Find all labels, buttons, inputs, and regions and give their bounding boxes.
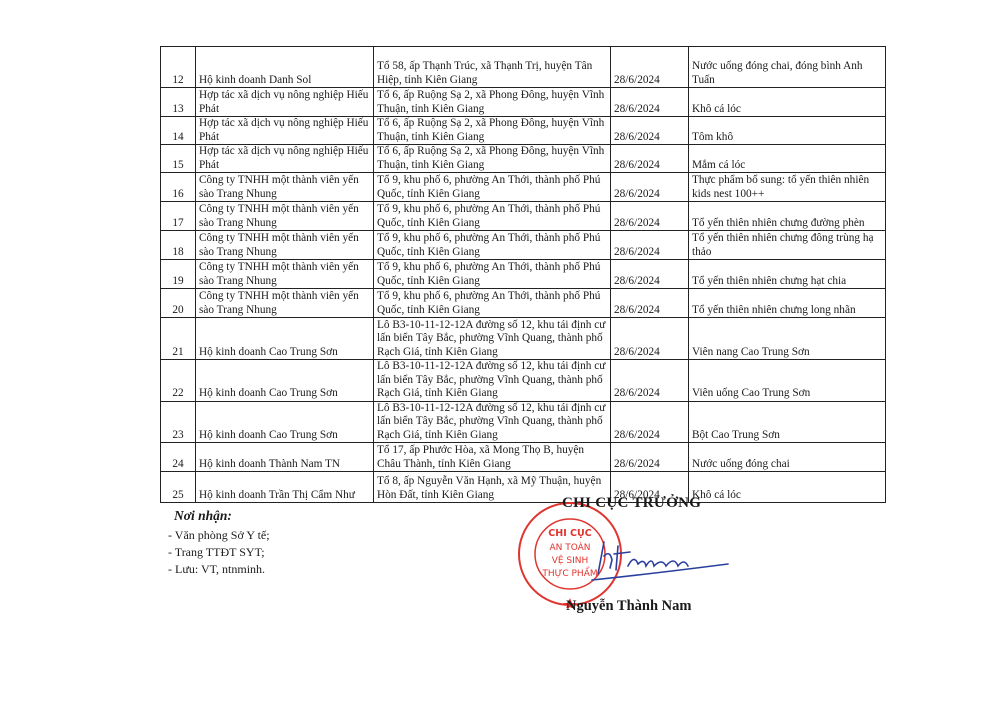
- product-name: Viên uống Cao Trung Sơn: [689, 360, 886, 402]
- establishment-address: Tổ 9, khu phố 6, phường An Thới, thành p…: [374, 231, 611, 260]
- establishment-name: Công ty TNHH một thành viên yến sào Tran…: [196, 202, 374, 231]
- table-row: 25Hộ kinh doanh Trần Thị Cẩm NhưTổ 8, ấp…: [161, 472, 886, 503]
- row-number: 20: [161, 289, 196, 318]
- row-number: 22: [161, 360, 196, 402]
- registration-date: 28/6/2024: [611, 289, 689, 318]
- product-name: Khô cá lóc: [689, 472, 886, 503]
- row-number: 16: [161, 173, 196, 202]
- row-number: 25: [161, 472, 196, 503]
- establishment-address: Tổ 6, ấp Ruộng Sạ 2, xã Phong Đông, huyệ…: [374, 145, 611, 173]
- product-name: Viên nang Cao Trung Sơn: [689, 318, 886, 360]
- signature-mark-icon: [590, 536, 730, 584]
- product-name: Mắm cá lóc: [689, 145, 886, 173]
- product-name: Tổ yến thiên nhiên chưng hạt chia: [689, 260, 886, 289]
- document-page: 12Hộ kinh doanh Danh SolTổ 58, ấp Thạnh …: [0, 0, 1000, 715]
- row-number: 21: [161, 318, 196, 360]
- establishment-address: Lô B3-10-11-12-12A đường số 12, khu tái …: [374, 318, 611, 360]
- establishment-table: 12Hộ kinh doanh Danh SolTổ 58, ấp Thạnh …: [160, 46, 886, 503]
- table-row: 21Hộ kinh doanh Cao Trung SơnLô B3-10-11…: [161, 318, 886, 360]
- product-name: Nước uống đóng chai, đóng bình Anh Tuấn: [689, 47, 886, 88]
- registration-date: 28/6/2024: [611, 202, 689, 231]
- establishment-name: Hợp tác xã dịch vụ nông nghiệp Hiếu Phát: [196, 145, 374, 173]
- table-row: 14Hợp tác xã dịch vụ nông nghiệp Hiếu Ph…: [161, 117, 886, 145]
- establishment-address: Lô B3-10-11-12-12A đường số 12, khu tái …: [374, 401, 611, 443]
- establishment-name: Hộ kinh doanh Danh Sol: [196, 47, 374, 88]
- table-row: 15Hợp tác xã dịch vụ nông nghiệp Hiếu Ph…: [161, 145, 886, 173]
- svg-text:VỆ SINH: VỆ SINH: [552, 554, 589, 566]
- recipients-block: Nơi nhận: - Văn phòng Sở Y tế; - Trang T…: [168, 507, 270, 578]
- establishment-address: Tổ 58, ấp Thạnh Trúc, xã Thạnh Trị, huyệ…: [374, 47, 611, 88]
- table-row: 20Công ty TNHH một thành viên yến sào Tr…: [161, 289, 886, 318]
- establishment-address: Tổ 9, khu phố 6, phường An Thới, thành p…: [374, 289, 611, 318]
- registration-date: 28/6/2024: [611, 145, 689, 173]
- table-row: 22Hộ kinh doanh Cao Trung SơnLô B3-10-11…: [161, 360, 886, 402]
- establishment-address: Tổ 6, ấp Ruộng Sạ 2, xã Phong Đông, huyệ…: [374, 88, 611, 117]
- table-row: 18Công ty TNHH một thành viên yến sào Tr…: [161, 231, 886, 260]
- table-row: 16Công ty TNHH một thành viên yến sào Tr…: [161, 173, 886, 202]
- table-row: 17Công ty TNHH một thành viên yến sào Tr…: [161, 202, 886, 231]
- establishment-name: Hợp tác xã dịch vụ nông nghiệp Hiếu Phát: [196, 117, 374, 145]
- row-number: 23: [161, 401, 196, 443]
- svg-text:AN TOÀN: AN TOÀN: [549, 541, 590, 553]
- establishment-name: Hộ kinh doanh Cao Trung Sơn: [196, 318, 374, 360]
- product-name: Bột Cao Trung Sơn: [689, 401, 886, 443]
- product-name: Tổ yến thiên nhiên chưng long nhãn: [689, 289, 886, 318]
- signer-name: Nguyễn Thành Nam: [566, 598, 691, 615]
- establishment-name: Công ty TNHH một thành viên yến sào Tran…: [196, 289, 374, 318]
- product-name: Tổ yến thiên nhiên chưng đường phèn: [689, 202, 886, 231]
- row-number: 24: [161, 443, 196, 472]
- signer-title: CHI CỤC TRƯỞNG: [562, 495, 701, 512]
- establishment-name: Công ty TNHH một thành viên yến sào Tran…: [196, 173, 374, 202]
- establishment-address: Lô B3-10-11-12-12A đường số 12, khu tái …: [374, 360, 611, 402]
- registration-date: 28/6/2024: [611, 401, 689, 443]
- svg-text:CHI CỤC: CHI CỤC: [548, 528, 591, 539]
- row-number: 15: [161, 145, 196, 173]
- establishment-name: Hộ kinh doanh Cao Trung Sơn: [196, 360, 374, 402]
- recipients-title: Nơi nhận:: [174, 507, 270, 524]
- row-number: 12: [161, 47, 196, 88]
- establishment-name: Hộ kinh doanh Thành Nam TN: [196, 443, 374, 472]
- establishment-address: Tổ 6, ấp Ruộng Sạ 2, xã Phong Đông, huyệ…: [374, 117, 611, 145]
- establishment-name: Hộ kinh doanh Cao Trung Sơn: [196, 401, 374, 443]
- recipient-item: - Trang TTĐT SYT;: [168, 544, 270, 561]
- table-row: 19Công ty TNHH một thành viên yến sào Tr…: [161, 260, 886, 289]
- row-number: 13: [161, 88, 196, 117]
- recipient-item: - Lưu: VT, ntnminh.: [168, 561, 270, 578]
- row-number: 19: [161, 260, 196, 289]
- row-number: 14: [161, 117, 196, 145]
- registration-date: 28/6/2024: [611, 443, 689, 472]
- table-row: 23Hộ kinh doanh Cao Trung SơnLô B3-10-11…: [161, 401, 886, 443]
- table-row: 12Hộ kinh doanh Danh SolTổ 58, ấp Thạnh …: [161, 47, 886, 88]
- registration-date: 28/6/2024: [611, 173, 689, 202]
- registration-date: 28/6/2024: [611, 88, 689, 117]
- registration-date: 28/6/2024: [611, 231, 689, 260]
- registration-date: 28/6/2024: [611, 47, 689, 88]
- establishment-address: Tổ 9, khu phố 6, phường An Thới, thành p…: [374, 173, 611, 202]
- establishment-address: Tổ 17, ấp Phước Hòa, xã Mong Thọ B, huyệ…: [374, 443, 611, 472]
- establishment-address: Tổ 9, khu phố 6, phường An Thới, thành p…: [374, 260, 611, 289]
- establishment-name: Hợp tác xã dịch vụ nông nghiệp Hiếu Phát: [196, 88, 374, 117]
- product-name: Tổ yến thiên nhiên chưng đông trùng hạ t…: [689, 231, 886, 260]
- product-name: Khô cá lóc: [689, 88, 886, 117]
- product-name: Thực phẩm bổ sung: tổ yến thiên nhiên ki…: [689, 173, 886, 202]
- row-number: 18: [161, 231, 196, 260]
- table-row: 24Hộ kinh doanh Thành Nam TNTổ 17, ấp Ph…: [161, 443, 886, 472]
- table-row: 13Hợp tác xã dịch vụ nông nghiệp Hiếu Ph…: [161, 88, 886, 117]
- row-number: 17: [161, 202, 196, 231]
- product-name: Nước uống đóng chai: [689, 443, 886, 472]
- registration-date: 28/6/2024: [611, 260, 689, 289]
- establishment-address: Tổ 9, khu phố 6, phường An Thới, thành p…: [374, 202, 611, 231]
- registration-date: 28/6/2024: [611, 318, 689, 360]
- recipient-item: - Văn phòng Sở Y tế;: [168, 527, 270, 544]
- establishment-name: Công ty TNHH một thành viên yến sào Tran…: [196, 231, 374, 260]
- registration-date: 28/6/2024: [611, 360, 689, 402]
- establishment-name: Hộ kinh doanh Trần Thị Cẩm Như: [196, 472, 374, 503]
- product-name: Tôm khô: [689, 117, 886, 145]
- establishment-name: Công ty TNHH một thành viên yến sào Tran…: [196, 260, 374, 289]
- registration-date: 28/6/2024: [611, 117, 689, 145]
